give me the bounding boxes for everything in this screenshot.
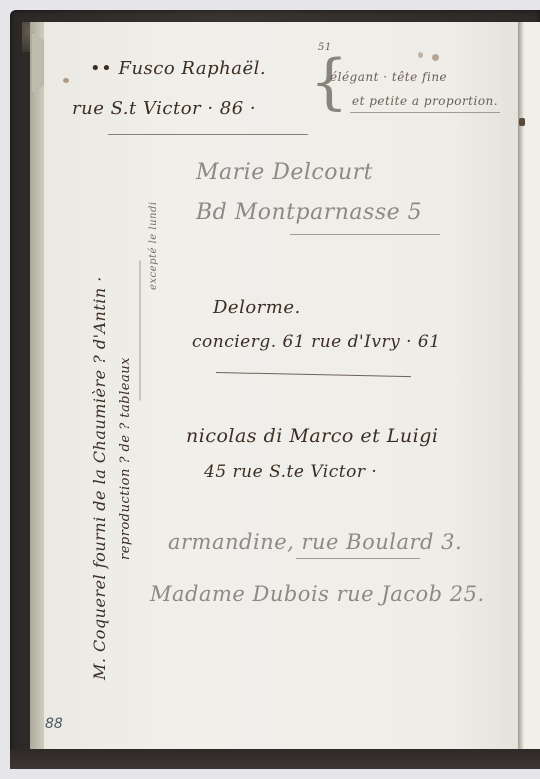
address-underline	[290, 234, 440, 235]
notebook-page	[44, 22, 519, 749]
margin-note-main: M. Coquerel fourni de la Chaumière ? d'A…	[90, 276, 109, 680]
facing-page-edge	[524, 22, 540, 757]
ink-stain	[432, 54, 439, 61]
entry-delorme-name: Delorme.	[213, 297, 301, 318]
page-gutter	[518, 22, 524, 749]
separator-line	[108, 134, 308, 135]
address-underline	[296, 558, 420, 559]
entry-fusco-address: rue S.t Victor · 86 ·	[72, 98, 256, 119]
entry-fusco-note-line2: et petite a proportion.	[352, 94, 498, 108]
entry-delorme-address: concierg. 61 rue d'Ivry · 61	[192, 332, 441, 352]
margin-note-small: excepté le lundi	[148, 201, 159, 290]
entry-fusco-note-number: 51	[318, 42, 332, 53]
notebook-scan: •• Fusco Raphaël. rue S.t Victor · 86 · …	[0, 0, 540, 779]
margin-note-second: reproduction ? de ? tableaux	[118, 357, 133, 560]
binding-stain	[519, 118, 525, 126]
page-number: 88	[45, 716, 63, 732]
entry-delcourt-address: Bd Montparnasse 5	[196, 200, 422, 225]
entry-armandine: armandine, rue Boulard 3.	[168, 530, 462, 554]
book-bottom-edge	[10, 749, 540, 769]
ink-dot	[63, 78, 69, 83]
entry-fusco-note-line1: élégant · tête fine	[330, 70, 447, 84]
margin-underline	[140, 261, 141, 401]
entry-fusco-name: •• Fusco Raphaël.	[90, 58, 266, 79]
ink-stain	[418, 52, 423, 58]
entry-delcourt-name: Marie Delcourt	[196, 160, 373, 185]
entry-dimarco-address: 45 rue S.te Victor ·	[204, 462, 377, 482]
entry-dimarco-name: nicolas di Marco et Luigi	[186, 425, 438, 447]
note-underline	[350, 112, 500, 113]
entry-dubois: Madame Dubois rue Jacob 25.	[150, 582, 485, 606]
